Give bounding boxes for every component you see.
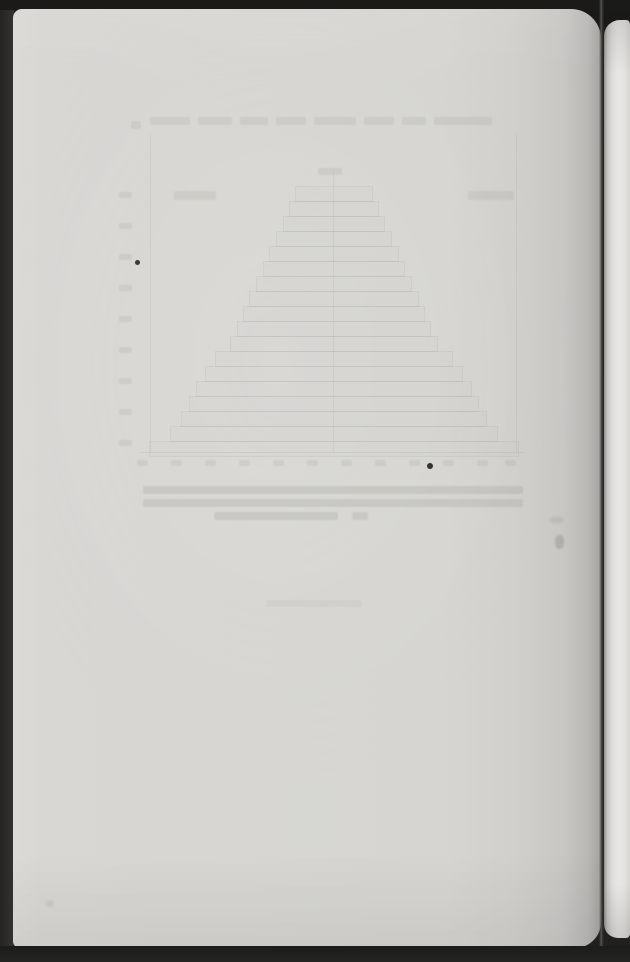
gray-smudge bbox=[549, 517, 564, 523]
ink-speck bbox=[135, 260, 140, 265]
ghost-caption-line bbox=[143, 486, 523, 494]
ghost-pyramid-row bbox=[276, 231, 392, 247]
ghost-tick-label bbox=[171, 460, 182, 466]
ghost-tick-label bbox=[375, 460, 386, 466]
ink-speck bbox=[427, 463, 433, 469]
fore-edge-of-next-pages bbox=[604, 20, 630, 938]
ghost-age-label bbox=[119, 192, 132, 198]
ghost-pyramid-row bbox=[189, 396, 479, 412]
ghost-title-word bbox=[198, 117, 232, 125]
ghost-axis-label bbox=[174, 191, 216, 200]
ghost-title-word bbox=[131, 121, 141, 129]
gray-smudge bbox=[555, 535, 564, 549]
ghost-footer-line bbox=[266, 600, 362, 607]
ghost-pyramid-row bbox=[243, 306, 425, 322]
ghost-age-label bbox=[119, 223, 132, 229]
ghost-pyramid-row bbox=[256, 276, 412, 292]
ghost-frame-left bbox=[150, 133, 151, 452]
ghost-axis-line bbox=[140, 452, 524, 453]
ghost-caption-line bbox=[214, 512, 338, 520]
ghost-pyramid-row bbox=[215, 351, 453, 367]
ghost-pyramid-row bbox=[205, 366, 463, 382]
ghost-tick-label bbox=[443, 460, 454, 466]
ghost-title-word bbox=[402, 117, 426, 125]
ghost-pyramid-row bbox=[149, 441, 519, 457]
ghost-axis-label bbox=[468, 191, 514, 200]
ghost-frame-right bbox=[516, 133, 517, 452]
ghost-axis-label bbox=[318, 168, 342, 175]
ghost-pyramid-row bbox=[269, 246, 399, 262]
ghost-title-word bbox=[314, 117, 356, 125]
ghost-caption-line bbox=[352, 512, 368, 520]
ghost-age-label bbox=[119, 316, 132, 322]
ghost-tick-label bbox=[477, 460, 488, 466]
ghost-pyramid-row bbox=[295, 186, 373, 202]
ghost-pyramid-row bbox=[263, 261, 405, 277]
ghost-tick-label bbox=[239, 460, 250, 466]
fore-edge-shading bbox=[604, 20, 630, 938]
ghost-pyramid-row bbox=[283, 216, 385, 232]
ghost-pyramid-row bbox=[230, 336, 438, 352]
ghost-age-label bbox=[119, 409, 132, 415]
ghost-title-word bbox=[240, 117, 268, 125]
ghost-pyramid-row bbox=[170, 426, 498, 442]
gray-smudge bbox=[46, 900, 54, 907]
ghost-pyramid-row bbox=[181, 411, 487, 427]
ghost-tick-label bbox=[205, 460, 216, 466]
ghost-tick-label bbox=[137, 460, 148, 466]
ghost-pyramid-row bbox=[237, 321, 431, 337]
ghost-title-word bbox=[150, 117, 190, 125]
ghost-title-word bbox=[276, 117, 306, 125]
ghost-age-label bbox=[119, 285, 132, 291]
ghost-title-word bbox=[364, 117, 394, 125]
ghost-age-label bbox=[119, 254, 132, 260]
ghost-tick-label bbox=[409, 460, 420, 466]
ghost-age-label bbox=[119, 378, 132, 384]
ghost-tick-label bbox=[341, 460, 352, 466]
ghost-age-label bbox=[119, 347, 132, 353]
scanned-book-page bbox=[0, 0, 630, 962]
ghost-pyramid-row bbox=[289, 201, 379, 217]
ghost-tick-label bbox=[307, 460, 318, 466]
ghost-pyramid-row bbox=[249, 291, 419, 307]
ghost-caption-line bbox=[143, 499, 523, 507]
scan-bottom-mat bbox=[0, 946, 630, 962]
ghost-pyramid-row bbox=[196, 381, 472, 397]
ghost-tick-label bbox=[273, 460, 284, 466]
ghost-age-label bbox=[119, 440, 132, 446]
ghost-title-word bbox=[434, 117, 492, 125]
show-through-ghost-chart bbox=[0, 0, 630, 962]
ghost-tick-label bbox=[505, 460, 516, 466]
